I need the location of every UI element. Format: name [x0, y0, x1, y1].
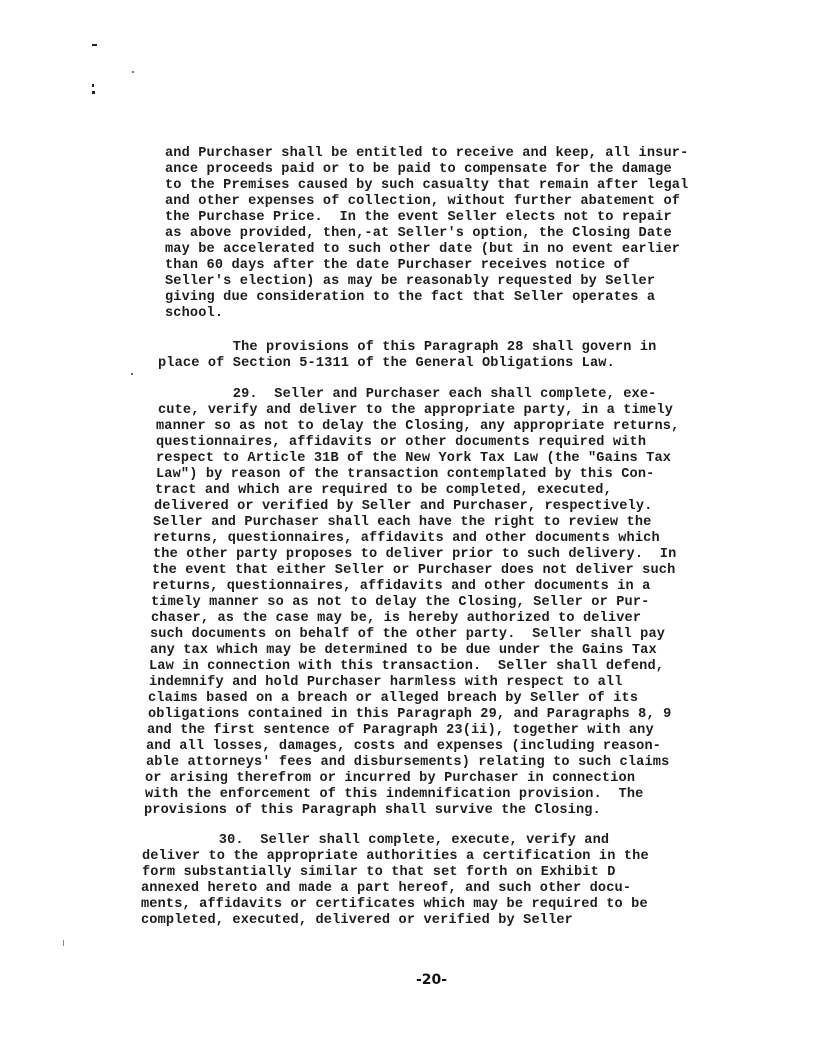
scan-speck — [92, 91, 95, 94]
text-line: timely manner so as not to delay the Clo… — [151, 595, 649, 611]
text-line: Law in connection with this transaction.… — [149, 659, 664, 675]
text-line: cute, verify and deliver to the appropri… — [158, 403, 673, 419]
scan-speck — [131, 373, 133, 375]
text-line: any tax which may be determined to be du… — [150, 643, 657, 659]
text-line: such documents on behalf of the other pa… — [150, 627, 665, 643]
text-line: respect to Article 31B of the New York T… — [156, 451, 671, 467]
text-line: delivered or verified by Seller and Purc… — [154, 499, 652, 515]
text-line: the event that either Seller or Purchase… — [152, 563, 675, 579]
text-line: as above provided, then,-at Seller's opt… — [165, 226, 672, 242]
text-line: the other party proposes to deliver prio… — [153, 547, 676, 563]
text-line: ance proceeds paid or to be paid to comp… — [165, 162, 672, 178]
text-line: school. — [165, 306, 223, 322]
text-line: to the Premises caused by such casualty … — [165, 178, 688, 194]
document-page: and Purchaser shall be entitled to recei… — [0, 0, 816, 1056]
text-line: indemnify and hold Purchaser harmless wi… — [149, 675, 623, 691]
text-line: returns, questionnaires, affidavits and … — [152, 579, 650, 595]
text-line: able attorneys' fees and disbursements) … — [146, 755, 669, 771]
text-line: than 60 days after the date Purchaser re… — [165, 258, 630, 274]
text-line: completed, executed, delivered or verifi… — [141, 913, 573, 929]
text-line: ments, affidavits or certificates which … — [141, 897, 648, 913]
text-line: chaser, as the case may be, is hereby au… — [151, 611, 641, 627]
text-line: and Purchaser shall be entitled to recei… — [165, 146, 688, 162]
text-line: 29. Seller and Purchaser each shall comp… — [158, 387, 656, 403]
scan-speck — [92, 84, 94, 87]
text-line: tract and which are required to be compl… — [155, 483, 612, 499]
text-line: The provisions of this Paragraph 28 shal… — [158, 340, 656, 356]
text-line: may be accelerated to such other date (b… — [165, 242, 680, 258]
text-line: Seller's election) as may be reasonably … — [165, 274, 655, 290]
text-line: obligations contained in this Paragraph … — [148, 707, 671, 723]
text-line: deliver to the appropriate authorities a… — [142, 849, 649, 865]
scan-speck — [132, 71, 134, 73]
text-line: returns, questionnaires, affidavits and … — [153, 531, 660, 547]
text-line: 30. Seller shall complete, execute, veri… — [144, 833, 609, 849]
text-line: Law") by reason of the transaction conte… — [156, 467, 654, 483]
scan-speck — [63, 940, 64, 946]
text-line: giving due consideration to the fact tha… — [165, 290, 655, 306]
text-line: annexed hereto and made a part hereof, a… — [141, 881, 631, 897]
text-line: and the first sentence of Paragraph 23(i… — [147, 723, 654, 739]
text-line: and other expenses of collection, withou… — [165, 194, 680, 210]
text-line: and all losses, damages, costs and expen… — [146, 739, 661, 755]
text-line: manner so as not to delay the Closing, a… — [156, 419, 679, 435]
text-line: the Purchase Price. In the event Seller … — [165, 210, 672, 226]
page-number: -20- — [416, 972, 447, 988]
text-line: Seller and Purchaser shall each have the… — [153, 515, 651, 531]
text-line: or arising therefrom or incurred by Purc… — [145, 771, 635, 787]
text-line: place of Section 5-1311 of the General O… — [158, 356, 615, 372]
scan-speck — [92, 44, 97, 46]
text-line: with the enforcement of this indemnifica… — [145, 787, 643, 803]
text-line: provisions of this Paragraph shall survi… — [144, 803, 601, 819]
text-line: questionnaires, affidavits or other docu… — [156, 435, 646, 451]
text-line: claims based on a breach or alleged brea… — [148, 691, 638, 707]
text-line: form substantially similar to that set f… — [142, 865, 616, 881]
